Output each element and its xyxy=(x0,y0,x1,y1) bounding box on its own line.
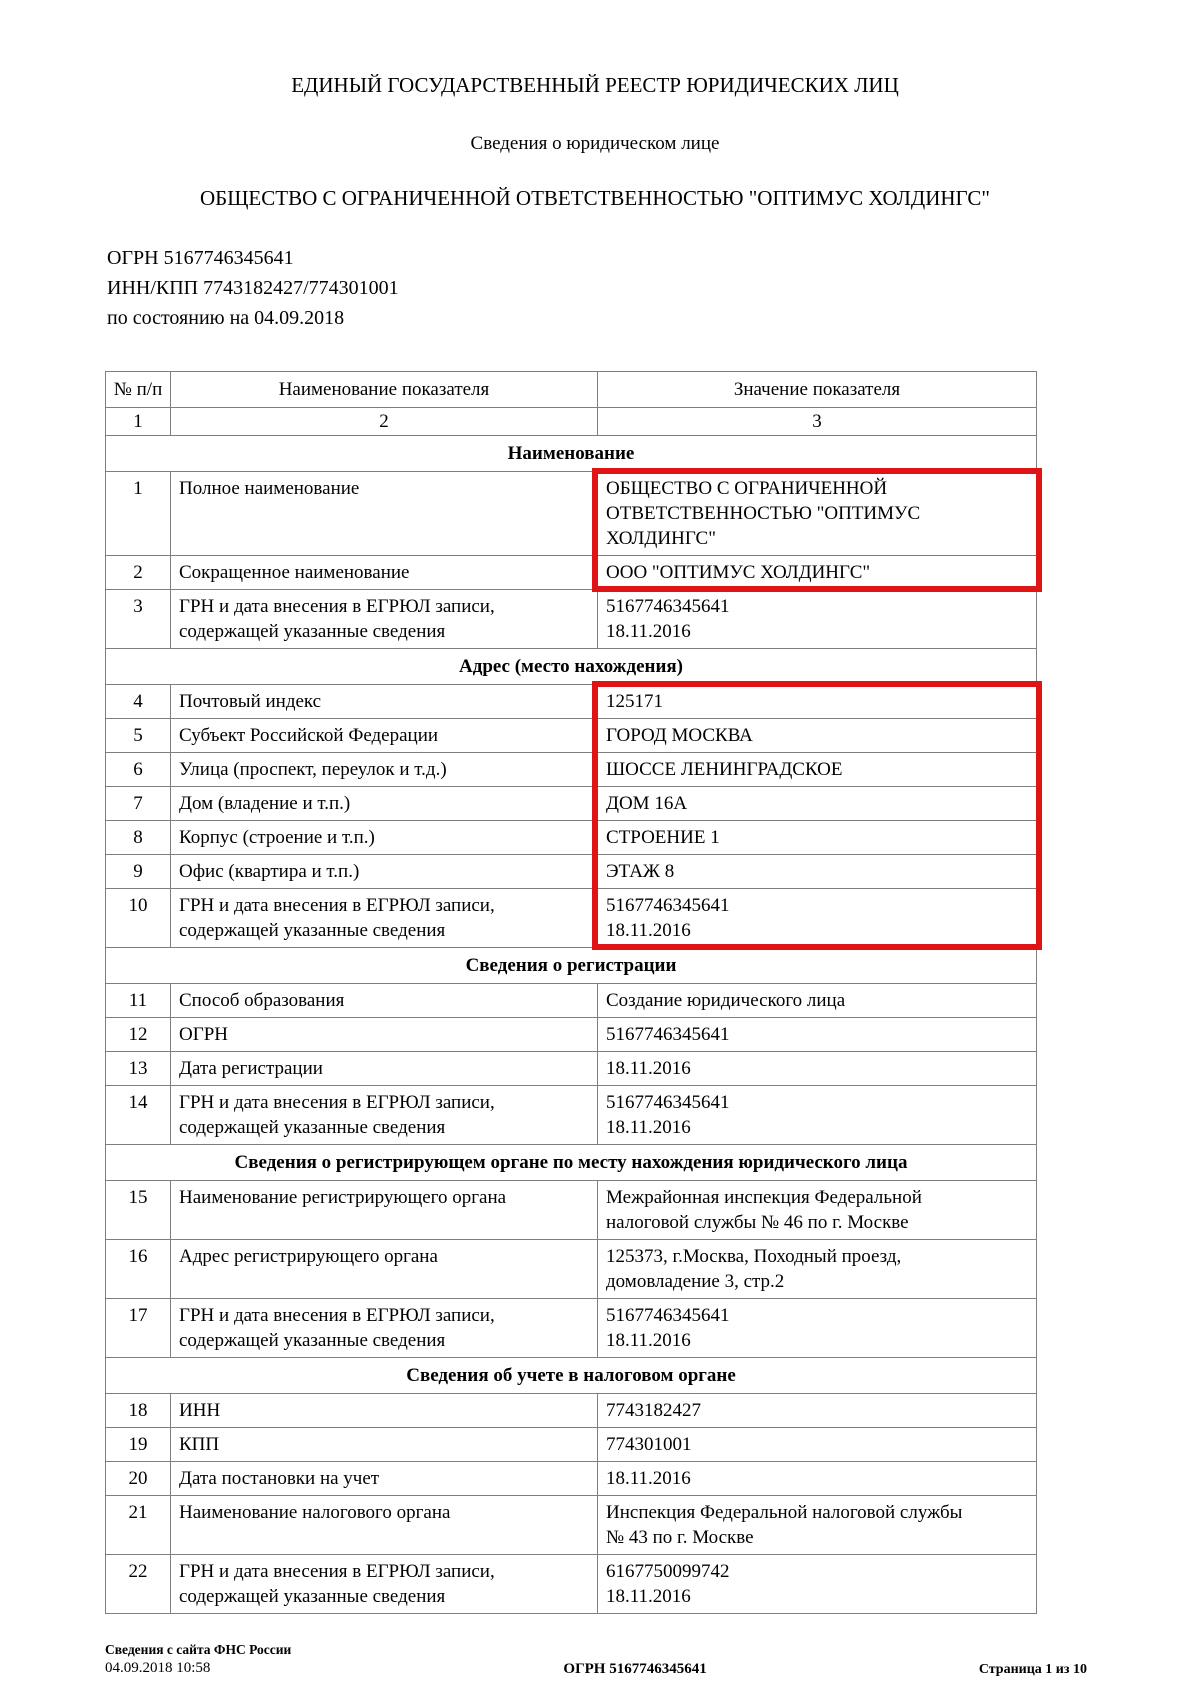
table-header-row: № п/п Наименование показателя Значение п… xyxy=(106,372,1037,408)
row-number-cell: 19 xyxy=(106,1428,171,1462)
row-number-cell: 16 xyxy=(106,1240,171,1299)
table-row: 16Адрес регистрирующего органа125373, г.… xyxy=(106,1240,1037,1299)
footer-page-number: Страница 1 из 10 xyxy=(979,1662,1087,1678)
row-value-cell: 774301001 xyxy=(598,1428,1037,1462)
section-title: Наименование xyxy=(106,436,1037,472)
row-value-cell: 5167746345641 xyxy=(598,1018,1037,1052)
row-label-cell: ГРН и дата внесения в ЕГРЮЛ записи, соде… xyxy=(171,889,598,948)
row-value-cell: ДОМ 16А xyxy=(598,787,1037,821)
table-row: 6Улица (проспект, переулок и т.д.)ШОССЕ … xyxy=(106,753,1037,787)
document-page: ЕДИНЫЙ ГОСУДАРСТВЕННЫЙ РЕЕСТР ЮРИДИЧЕСКИ… xyxy=(0,0,1190,1684)
row-label-cell: ГРН и дата внесения в ЕГРЮЛ записи, соде… xyxy=(171,1299,598,1358)
row-value-cell: ОБЩЕСТВО С ОГРАНИЧЕННОЙ ОТВЕТСТВЕННОСТЬЮ… xyxy=(598,472,1037,556)
ogrn-line: ОГРН 5167746345641 xyxy=(107,243,1190,273)
row-label-cell: Корпус (строение и т.п.) xyxy=(171,821,598,855)
row-label-cell: ОГРН xyxy=(171,1018,598,1052)
row-value-cell: ЭТАЖ 8 xyxy=(598,855,1037,889)
column-number-2: 2 xyxy=(171,408,598,436)
registry-table-wrap: № п/п Наименование показателя Значение п… xyxy=(105,371,1037,1614)
page-footer: Сведения с сайта ФНС России 04.09.2018 1… xyxy=(105,1640,1087,1678)
table-row: 20Дата постановки на учет18.11.2016 xyxy=(106,1462,1037,1496)
column-number-row: 1 2 3 xyxy=(106,408,1037,436)
section-title: Сведения о регистрирующем органе по мест… xyxy=(106,1145,1037,1181)
table-row: 2Сокращенное наименованиеООО "ОПТИМУС ХО… xyxy=(106,556,1037,590)
row-value-cell: 18.11.2016 xyxy=(598,1052,1037,1086)
table-row: 18ИНН7743182427 xyxy=(106,1394,1037,1428)
document-title: ЕДИНЫЙ ГОСУДАРСТВЕННЫЙ РЕЕСТР ЮРИДИЧЕСКИ… xyxy=(0,72,1190,98)
table-row: 7Дом (владение и т.п.)ДОМ 16А xyxy=(106,787,1037,821)
table-row: 4Почтовый индекс125171 xyxy=(106,685,1037,719)
row-label-cell: Дата постановки на учет xyxy=(171,1462,598,1496)
row-label-cell: Дом (владение и т.п.) xyxy=(171,787,598,821)
row-label-cell: Адрес регистрирующего органа xyxy=(171,1240,598,1299)
row-label-cell: Дата регистрации xyxy=(171,1052,598,1086)
section-row: Сведения об учете в налоговом органе xyxy=(106,1358,1037,1394)
row-number-cell: 1 xyxy=(106,472,171,556)
section-row: Адрес (место нахождения) xyxy=(106,649,1037,685)
row-label-cell: КПП xyxy=(171,1428,598,1462)
as-of-date-line: по состоянию на 04.09.2018 xyxy=(107,303,1190,333)
table-row: 9Офис (квартира и т.п.)ЭТАЖ 8 xyxy=(106,855,1037,889)
row-value-cell: 18.11.2016 xyxy=(598,1462,1037,1496)
row-number-cell: 21 xyxy=(106,1496,171,1555)
row-label-cell: Субъект Российской Федерации xyxy=(171,719,598,753)
footer-datetime: 04.09.2018 10:58 xyxy=(105,1659,291,1678)
row-label-cell: Способ образования xyxy=(171,984,598,1018)
row-value-cell: 5167746345641 18.11.2016 xyxy=(598,889,1037,948)
row-value-cell: 6167750099742 18.11.2016 xyxy=(598,1555,1037,1614)
section-row: Сведения о регистрирующем органе по мест… xyxy=(106,1145,1037,1181)
table-row: 11Способ образованияСоздание юридическог… xyxy=(106,984,1037,1018)
table-row: 12ОГРН5167746345641 xyxy=(106,1018,1037,1052)
row-value-cell: 5167746345641 18.11.2016 xyxy=(598,1299,1037,1358)
row-number-cell: 7 xyxy=(106,787,171,821)
table-row: 22ГРН и дата внесения в ЕГРЮЛ записи, со… xyxy=(106,1555,1037,1614)
inn-kpp-line: ИНН/КПП 7743182427/774301001 xyxy=(107,273,1190,303)
row-label-cell: ГРН и дата внесения в ЕГРЮЛ записи, соде… xyxy=(171,590,598,649)
row-value-cell: 125171 xyxy=(598,685,1037,719)
row-number-cell: 3 xyxy=(106,590,171,649)
document-meta: ОГРН 5167746345641 ИНН/КПП 7743182427/77… xyxy=(107,243,1190,333)
row-label-cell: Наименование регистрирующего органа xyxy=(171,1181,598,1240)
section-title: Адрес (место нахождения) xyxy=(106,649,1037,685)
row-value-cell: 5167746345641 18.11.2016 xyxy=(598,1086,1037,1145)
row-value-cell: Создание юридического лица xyxy=(598,984,1037,1018)
table-row: 3ГРН и дата внесения в ЕГРЮЛ записи, сод… xyxy=(106,590,1037,649)
row-value-cell: 7743182427 xyxy=(598,1394,1037,1428)
table-row: 5Субъект Российской ФедерацииГОРОД МОСКВ… xyxy=(106,719,1037,753)
col-header-indicator-name: Наименование показателя xyxy=(171,372,598,408)
row-value-cell: 5167746345641 18.11.2016 xyxy=(598,590,1037,649)
footer-ogrn: ОГРН 5167746345641 xyxy=(563,1661,706,1678)
table-row: 21Наименование налогового органаИнспекци… xyxy=(106,1496,1037,1555)
table-row: 14ГРН и дата внесения в ЕГРЮЛ записи, со… xyxy=(106,1086,1037,1145)
table-row: 19КПП774301001 xyxy=(106,1428,1037,1462)
row-number-cell: 14 xyxy=(106,1086,171,1145)
column-number-3: 3 xyxy=(598,408,1037,436)
row-value-cell: СТРОЕНИЕ 1 xyxy=(598,821,1037,855)
row-label-cell: Почтовый индекс xyxy=(171,685,598,719)
company-name: ОБЩЕСТВО С ОГРАНИЧЕННОЙ ОТВЕТСТВЕННОСТЬЮ… xyxy=(0,185,1190,211)
footer-source: Сведения с сайта ФНС России xyxy=(105,1640,291,1659)
row-number-cell: 17 xyxy=(106,1299,171,1358)
row-number-cell: 11 xyxy=(106,984,171,1018)
section-row: Сведения о регистрации xyxy=(106,948,1037,984)
table-row: 17ГРН и дата внесения в ЕГРЮЛ записи, со… xyxy=(106,1299,1037,1358)
row-number-cell: 12 xyxy=(106,1018,171,1052)
section-title: Сведения о регистрации xyxy=(106,948,1037,984)
row-label-cell: ГРН и дата внесения в ЕГРЮЛ записи, соде… xyxy=(171,1086,598,1145)
document-subtitle: Сведения о юридическом лице xyxy=(0,132,1190,155)
col-header-number: № п/п xyxy=(106,372,171,408)
row-value-cell: Инспекция Федеральной налоговой службы №… xyxy=(598,1496,1037,1555)
row-number-cell: 10 xyxy=(106,889,171,948)
row-number-cell: 9 xyxy=(106,855,171,889)
column-number-1: 1 xyxy=(106,408,171,436)
row-number-cell: 2 xyxy=(106,556,171,590)
row-value-cell: ШОССЕ ЛЕНИНГРАДСКОЕ xyxy=(598,753,1037,787)
table-row: 8Корпус (строение и т.п.)СТРОЕНИЕ 1 xyxy=(106,821,1037,855)
row-label-cell: ИНН xyxy=(171,1394,598,1428)
row-value-cell: ООО "ОПТИМУС ХОЛДИНГС" xyxy=(598,556,1037,590)
col-header-indicator-value: Значение показателя xyxy=(598,372,1037,408)
table-row: 13Дата регистрации18.11.2016 xyxy=(106,1052,1037,1086)
row-number-cell: 5 xyxy=(106,719,171,753)
row-label-cell: Сокращенное наименование xyxy=(171,556,598,590)
row-label-cell: Офис (квартира и т.п.) xyxy=(171,855,598,889)
row-number-cell: 8 xyxy=(106,821,171,855)
row-label-cell: ГРН и дата внесения в ЕГРЮЛ записи, соде… xyxy=(171,1555,598,1614)
row-label-cell: Полное наименование xyxy=(171,472,598,556)
section-row: Наименование xyxy=(106,436,1037,472)
table-row: 15Наименование регистрирующего органаМеж… xyxy=(106,1181,1037,1240)
section-title: Сведения об учете в налоговом органе xyxy=(106,1358,1037,1394)
table-row: 10ГРН и дата внесения в ЕГРЮЛ записи, со… xyxy=(106,889,1037,948)
row-number-cell: 15 xyxy=(106,1181,171,1240)
table-row: 1Полное наименованиеОБЩЕСТВО С ОГРАНИЧЕН… xyxy=(106,472,1037,556)
row-number-cell: 4 xyxy=(106,685,171,719)
row-number-cell: 18 xyxy=(106,1394,171,1428)
row-number-cell: 13 xyxy=(106,1052,171,1086)
row-number-cell: 6 xyxy=(106,753,171,787)
row-label-cell: Улица (проспект, переулок и т.д.) xyxy=(171,753,598,787)
registry-table: № п/п Наименование показателя Значение п… xyxy=(105,371,1037,1614)
row-number-cell: 20 xyxy=(106,1462,171,1496)
row-value-cell: Межрайонная инспекция Федеральной налого… xyxy=(598,1181,1037,1240)
row-label-cell: Наименование налогового органа xyxy=(171,1496,598,1555)
row-value-cell: ГОРОД МОСКВА xyxy=(598,719,1037,753)
footer-left: Сведения с сайта ФНС России 04.09.2018 1… xyxy=(105,1640,291,1678)
row-number-cell: 22 xyxy=(106,1555,171,1614)
row-value-cell: 125373, г.Москва, Походный проезд, домов… xyxy=(598,1240,1037,1299)
